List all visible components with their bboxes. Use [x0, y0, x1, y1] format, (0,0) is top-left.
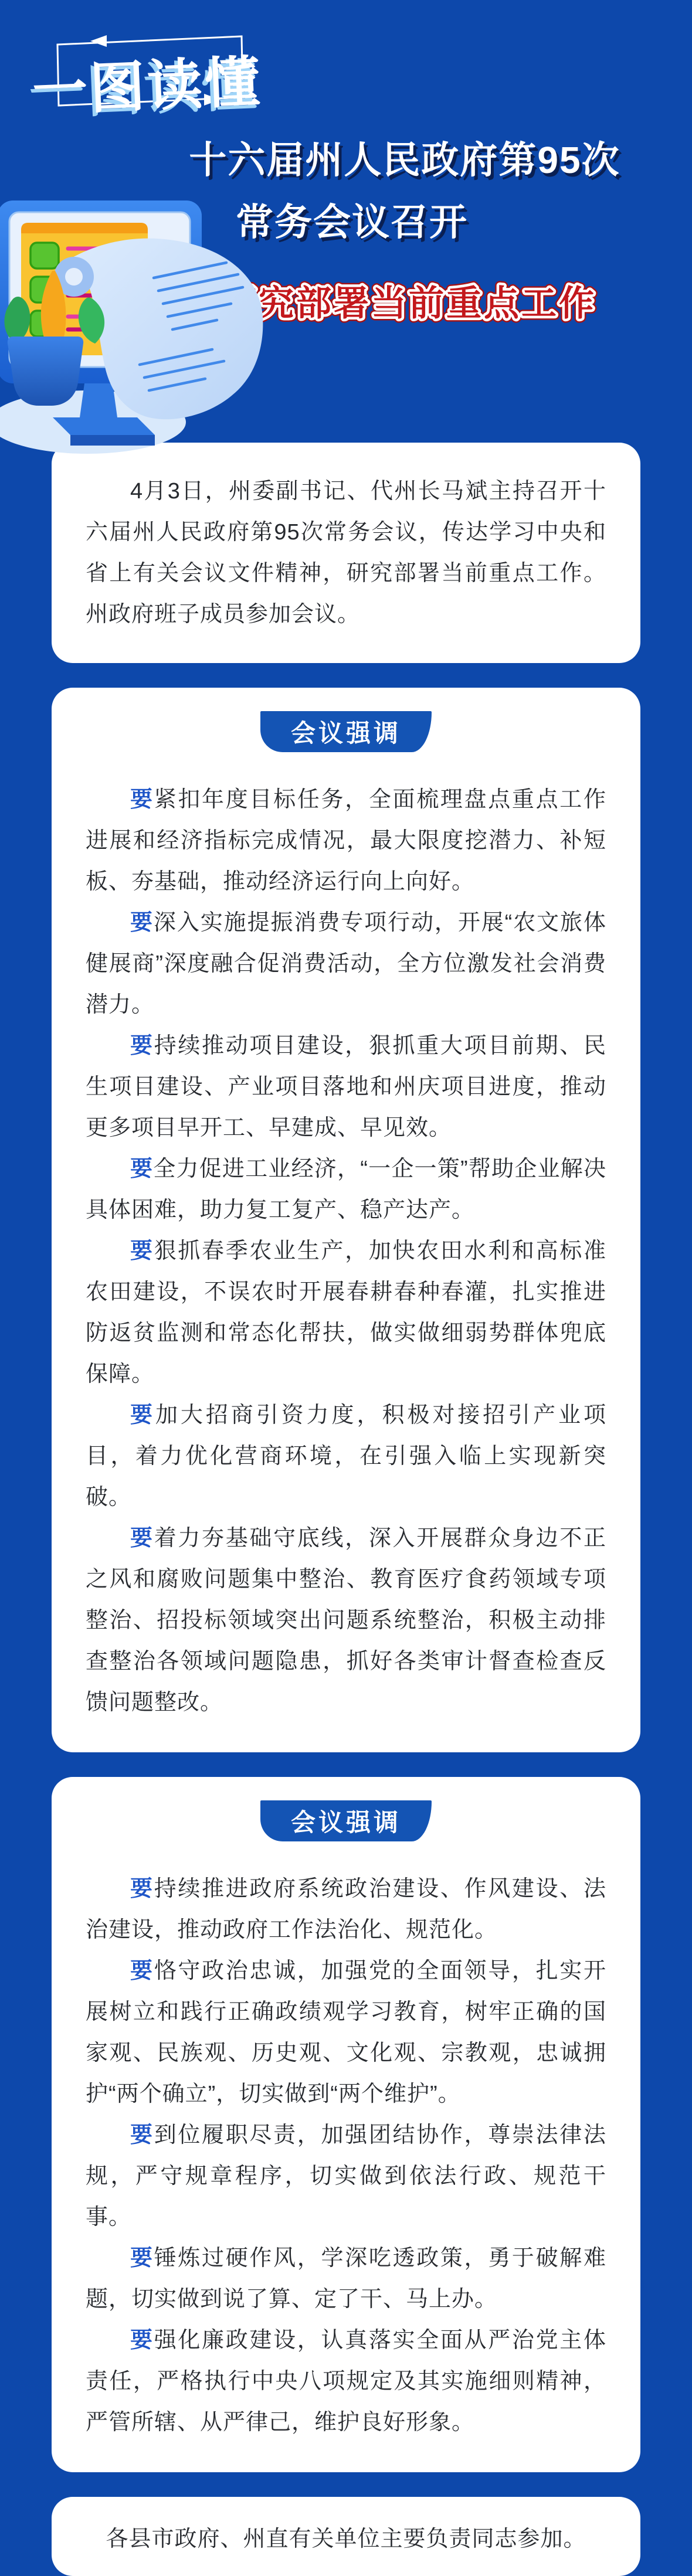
- point-text: 着力夯基础守底线，深入开展群众身边不正之风和腐败问题集中整治、教育医疗食药领域专…: [86, 1526, 606, 1715]
- point-text: 强化廉政建设，认真落实全面从严治党主体责任，严格执行中央八项规定及其实施细则精神…: [86, 2328, 606, 2435]
- point-lead: 要: [130, 2123, 154, 2147]
- intro-card: 4月3日，州委副书记、代州长马斌主持召开十六届州人民政府第95次常务会议，传达学…: [52, 443, 640, 663]
- footer-card: 各县市政府、州直有关单位主要负责同志参加。: [52, 2497, 640, 2576]
- meeting-point: 要锤炼过硬作风，学深吃透政策，勇于破解难题，切实做到说了算、定了干、马上办。: [86, 2238, 606, 2320]
- point-text: 到位履职尽责，加强团结协作，尊崇法律法规，严守规章程序，切实做到依法行政、规范干…: [86, 2123, 606, 2230]
- point-text: 全力促进工业经济，“一企一策”帮助企业解决具体困难，助力复工复产、稳产达产。: [86, 1157, 606, 1222]
- meeting-point: 要持续推动项目建设，狠抓重大项目前期、民生项目建设、产业项目落地和州庆项目进度，…: [86, 1025, 606, 1148]
- meeting-point: 要着力夯基础守底线，深入开展群众身边不正之风和腐败问题集中整治、教育医疗食药领域…: [86, 1518, 606, 1723]
- point-lead: 要: [130, 2328, 154, 2353]
- point-lead: 要: [130, 2246, 154, 2271]
- intro-text: 4月3日，州委副书记、代州长马斌主持召开十六届州人民政府第95次常务会议，传达学…: [86, 471, 606, 635]
- header: 一图读懂 一图读懂 十六届州人民政府第95次 常务会议召开 研究部署当前重点工作…: [0, 0, 692, 451]
- meeting-point: 要加大招商引资力度，积极对接招引产业项目，着力优化营商环境，在引强入临上实现新突…: [86, 1395, 606, 1518]
- meeting-documents-illustration: [0, 189, 270, 454]
- point-text: 深入实施提振消费专项行动，开展“农文旅体健展商”深度融合促消费活动，全方位激发社…: [86, 910, 606, 1017]
- meeting-section-card: 会议强调 要持续推进政府系统政治建设、作风建设、法治建设，推动政府工作法治化、规…: [52, 1777, 640, 2472]
- meeting-point: 要强化廉政建设，认真落实全面从严治党主体责任，严格执行中央八项规定及其实施细则精…: [86, 2320, 606, 2443]
- point-text: 加大招商引资力度，积极对接招引产业项目，着力优化营商环境，在引强入临上实现新突破…: [86, 1403, 606, 1510]
- main-title-line1: 十六届州人民政府第95次: [117, 130, 692, 184]
- section-badge-label: 会议强调: [291, 714, 401, 749]
- subtitle-text: 研究部署当前重点工作: [221, 284, 596, 323]
- point-lead: 要: [130, 910, 154, 935]
- section-badge-label: 会议强调: [291, 1803, 401, 1838]
- meeting-point: 要持续推进政府系统政治建设、作风建设、法治建设，推动政府工作法治化、规范化。: [86, 1868, 606, 1950]
- logo-text: 一图读懂: [31, 50, 263, 121]
- section-points: 要持续推进政府系统政治建设、作风建设、法治建设，推动政府工作法治化、规范化。 要…: [86, 1868, 606, 2443]
- point-text: 持续推进政府系统政治建设、作风建设、法治建设，推动政府工作法治化、规范化。: [86, 1877, 606, 1942]
- point-text: 锤炼过硬作风，学深吃透政策，勇于破解难题，切实做到说了算、定了干、马上办。: [86, 2246, 606, 2312]
- point-lead: 要: [130, 1526, 154, 1551]
- point-text: 狠抓春季农业生产，加快农田水利和高标准农田建设，不误农时开展春耕春种春灌，扎实推…: [86, 1239, 606, 1386]
- point-text: 紧扣年度目标任务，全面梳理盘点重点工作进展和经济指标完成情况，最大限度挖潜力、补…: [86, 787, 606, 894]
- point-lead: 要: [130, 1034, 154, 1058]
- meeting-point: 要紧扣年度目标任务，全面梳理盘点重点工作进展和经济指标完成情况，最大限度挖潜力、…: [86, 779, 606, 902]
- monitor-stand: [80, 383, 117, 417]
- section-points: 要紧扣年度目标任务，全面梳理盘点重点工作进展和经济指标完成情况，最大限度挖潜力、…: [86, 779, 606, 1723]
- sections: 会议强调 要紧扣年度目标任务，全面梳理盘点重点工作进展和经济指标完成情况，最大限…: [0, 688, 692, 2472]
- footer-text: 各县市政府、州直有关单位主要负责同志参加。: [106, 2520, 586, 2553]
- meeting-point: 要恪守政治忠诚，加强党的全面领导，扎实开展树立和践行正确政绩观学习教育，树牢正确…: [86, 1950, 606, 2115]
- point-lead: 要: [130, 1403, 155, 1428]
- section-badge: 会议强调: [260, 1800, 432, 1841]
- arrow-left-icon: [90, 35, 107, 47]
- meeting-point: 要全力促进工业经济，“一企一策”帮助企业解决具体困难，助力复工复产、稳产达产。: [86, 1148, 606, 1231]
- infographic-page: 一图读懂 一图读懂 十六届州人民政府第95次 常务会议召开 研究部署当前重点工作…: [0, 0, 692, 2576]
- section-badge: 会议强调: [260, 711, 432, 752]
- point-lead: 要: [130, 787, 154, 812]
- point-text: 恪守政治忠诚，加强党的全面领导，扎实开展树立和践行正确政绩观学习教育，树牢正确的…: [86, 1959, 606, 2106]
- meeting-point: 要深入实施提振消费专项行动，开展“农文旅体健展商”深度融合促消费活动，全方位激发…: [86, 902, 606, 1025]
- meeting-section-card: 会议强调 要紧扣年度目标任务，全面梳理盘点重点工作进展和经济指标完成情况，最大限…: [52, 688, 640, 1752]
- point-lead: 要: [130, 1959, 154, 1983]
- yitu-dudong-logo: 一图读懂 一图读懂: [11, 30, 274, 130]
- meeting-point: 要狠抓春季农业生产，加快农田水利和高标准农田建设，不误农时开展春耕春种春灌，扎实…: [86, 1231, 606, 1395]
- point-text: 持续推动项目建设，狠抓重大项目前期、民生项目建设、产业项目落地和州庆项目进度，推…: [86, 1034, 606, 1140]
- meeting-point: 要到位履职尽责，加强团结协作，尊崇法律法规，严守规章程序，切实做到依法行政、规范…: [86, 2115, 606, 2238]
- point-lead: 要: [130, 1239, 154, 1263]
- point-lead: 要: [130, 1877, 154, 1901]
- point-lead: 要: [130, 1157, 153, 1181]
